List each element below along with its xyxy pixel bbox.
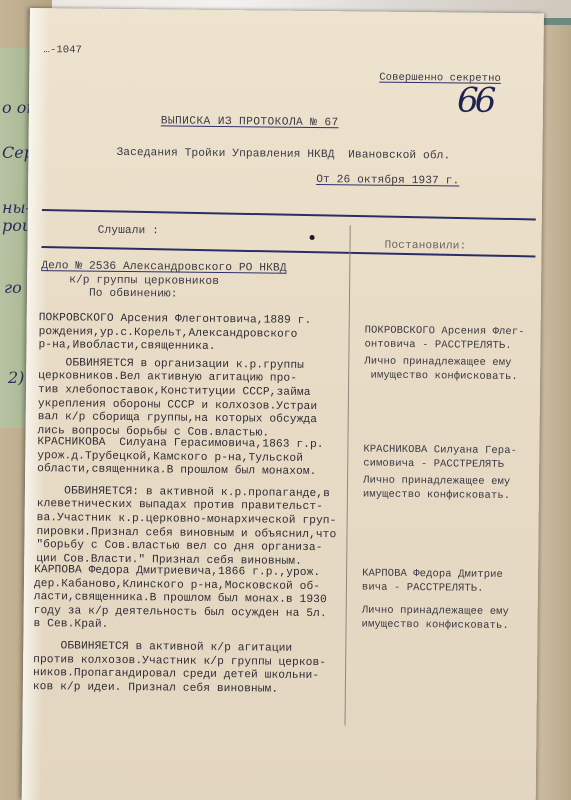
case-charge-label: По обвинению: — [41, 287, 286, 303]
sentence-text: симовича - РАССТРЕЛЯТЬ — [363, 457, 517, 472]
confiscation-text: Лично принадлежащее ему — [362, 605, 509, 620]
person-details: области,священника.В прошлом был монахом… — [37, 463, 337, 480]
margin-handwriting: го — [4, 278, 22, 297]
entry-pokrovsky-heard: ПОКРОВСКОГО Арсения Флегонтовича,1889 г.… — [37, 312, 318, 441]
column-divider — [345, 225, 351, 725]
sentence-text: КРАСНИКОВА Силуана Гера- — [363, 444, 517, 459]
confiscation-text: Лично принадлежащее ему — [363, 475, 517, 490]
column-heard-header: Слушали : — [98, 225, 159, 239]
entry-karpov-resolved: КАРПОВА Федора Дмитрие вича - РАССТРЕЛЯТ… — [361, 568, 509, 634]
handwritten-page-number: 66 — [457, 80, 493, 120]
person-details: р-на,Ивобласти,священника. — [38, 339, 317, 356]
margin-handwriting: ны- — [2, 198, 31, 217]
confiscation-text: имущество конфисковать. — [363, 488, 517, 503]
margin-handwriting: 2) — [8, 368, 24, 387]
entry-karpov-heard: КАРПОВА Федора Дмитриевича,1866 г.р.,уро… — [33, 564, 327, 697]
document-title: ВЫПИСКА ИЗ ПРОТОКОЛА № 67 — [161, 115, 339, 130]
entry-pokrovsky-resolved: ПОКРОВСКОГО Арсения Флег- онтовича - РАС… — [364, 325, 525, 385]
sentence-text: ПОКРОВСКОГО Арсения Флег- — [365, 325, 525, 340]
confiscation-text: имущество конфисковать. — [361, 618, 508, 633]
document-page: …-1047 Совершенно секретно 66 ВЫПИСКА ИЗ… — [22, 8, 544, 800]
case-heading: Дело № 2536 Александровского РО НКВД к/р… — [41, 260, 287, 303]
entry-krasnikov-heard: КРАСНИКОВА Силуана Герасимовича,1863 г.р… — [36, 436, 337, 569]
table-top-rule — [42, 209, 536, 220]
sentence-text: вича - РАССТРЕЛЯТЬ. — [362, 581, 509, 596]
person-details: в Сев.Край. — [33, 618, 326, 635]
document-subtitle: Заседания Тройки Управления НКВД Ивановс… — [116, 147, 450, 164]
ink-dot — [310, 235, 315, 240]
reference-number: …-1047 — [43, 44, 82, 58]
confiscation-text: Лично принадлежащее ему — [364, 356, 524, 371]
confiscation-text: имущество конфисковать. — [364, 369, 524, 384]
document-date: От 26 октября 1937 г. — [316, 174, 459, 189]
entry-krasnikov-resolved: КРАСНИКОВА Силуана Гера- симовича - РАСС… — [363, 444, 517, 504]
sentence-text: онтовича - РАССТРЕЛЯТЬ. — [364, 338, 524, 353]
sentence-text: КАРПОВА Федора Дмитрие — [362, 568, 509, 583]
